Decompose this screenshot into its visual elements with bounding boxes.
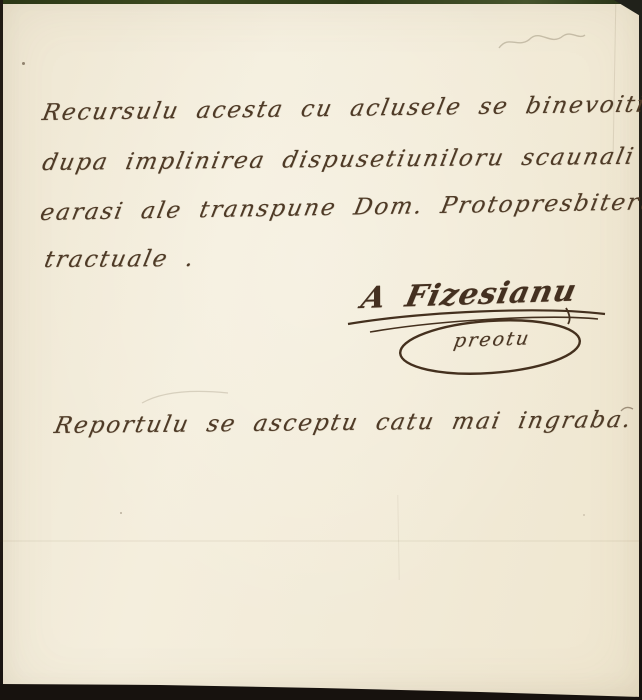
faint-pencil-stroke (140, 385, 230, 407)
handwriting-line-4: tractuale . (42, 246, 198, 273)
manuscript-page: Recursulu acesta cu aclusele se binevoit… (0, 0, 642, 700)
scan-edge-bottom (0, 674, 642, 700)
fold-crease-horizontal (0, 540, 642, 542)
pencil-speck (583, 514, 585, 516)
ink-speck (22, 62, 25, 65)
signature-title: preotu (452, 327, 532, 352)
scan-edge-left (0, 0, 3, 700)
faint-pencil-scribble (495, 26, 590, 60)
ink-speck (120, 512, 122, 514)
scan-edge-top (0, 0, 642, 4)
